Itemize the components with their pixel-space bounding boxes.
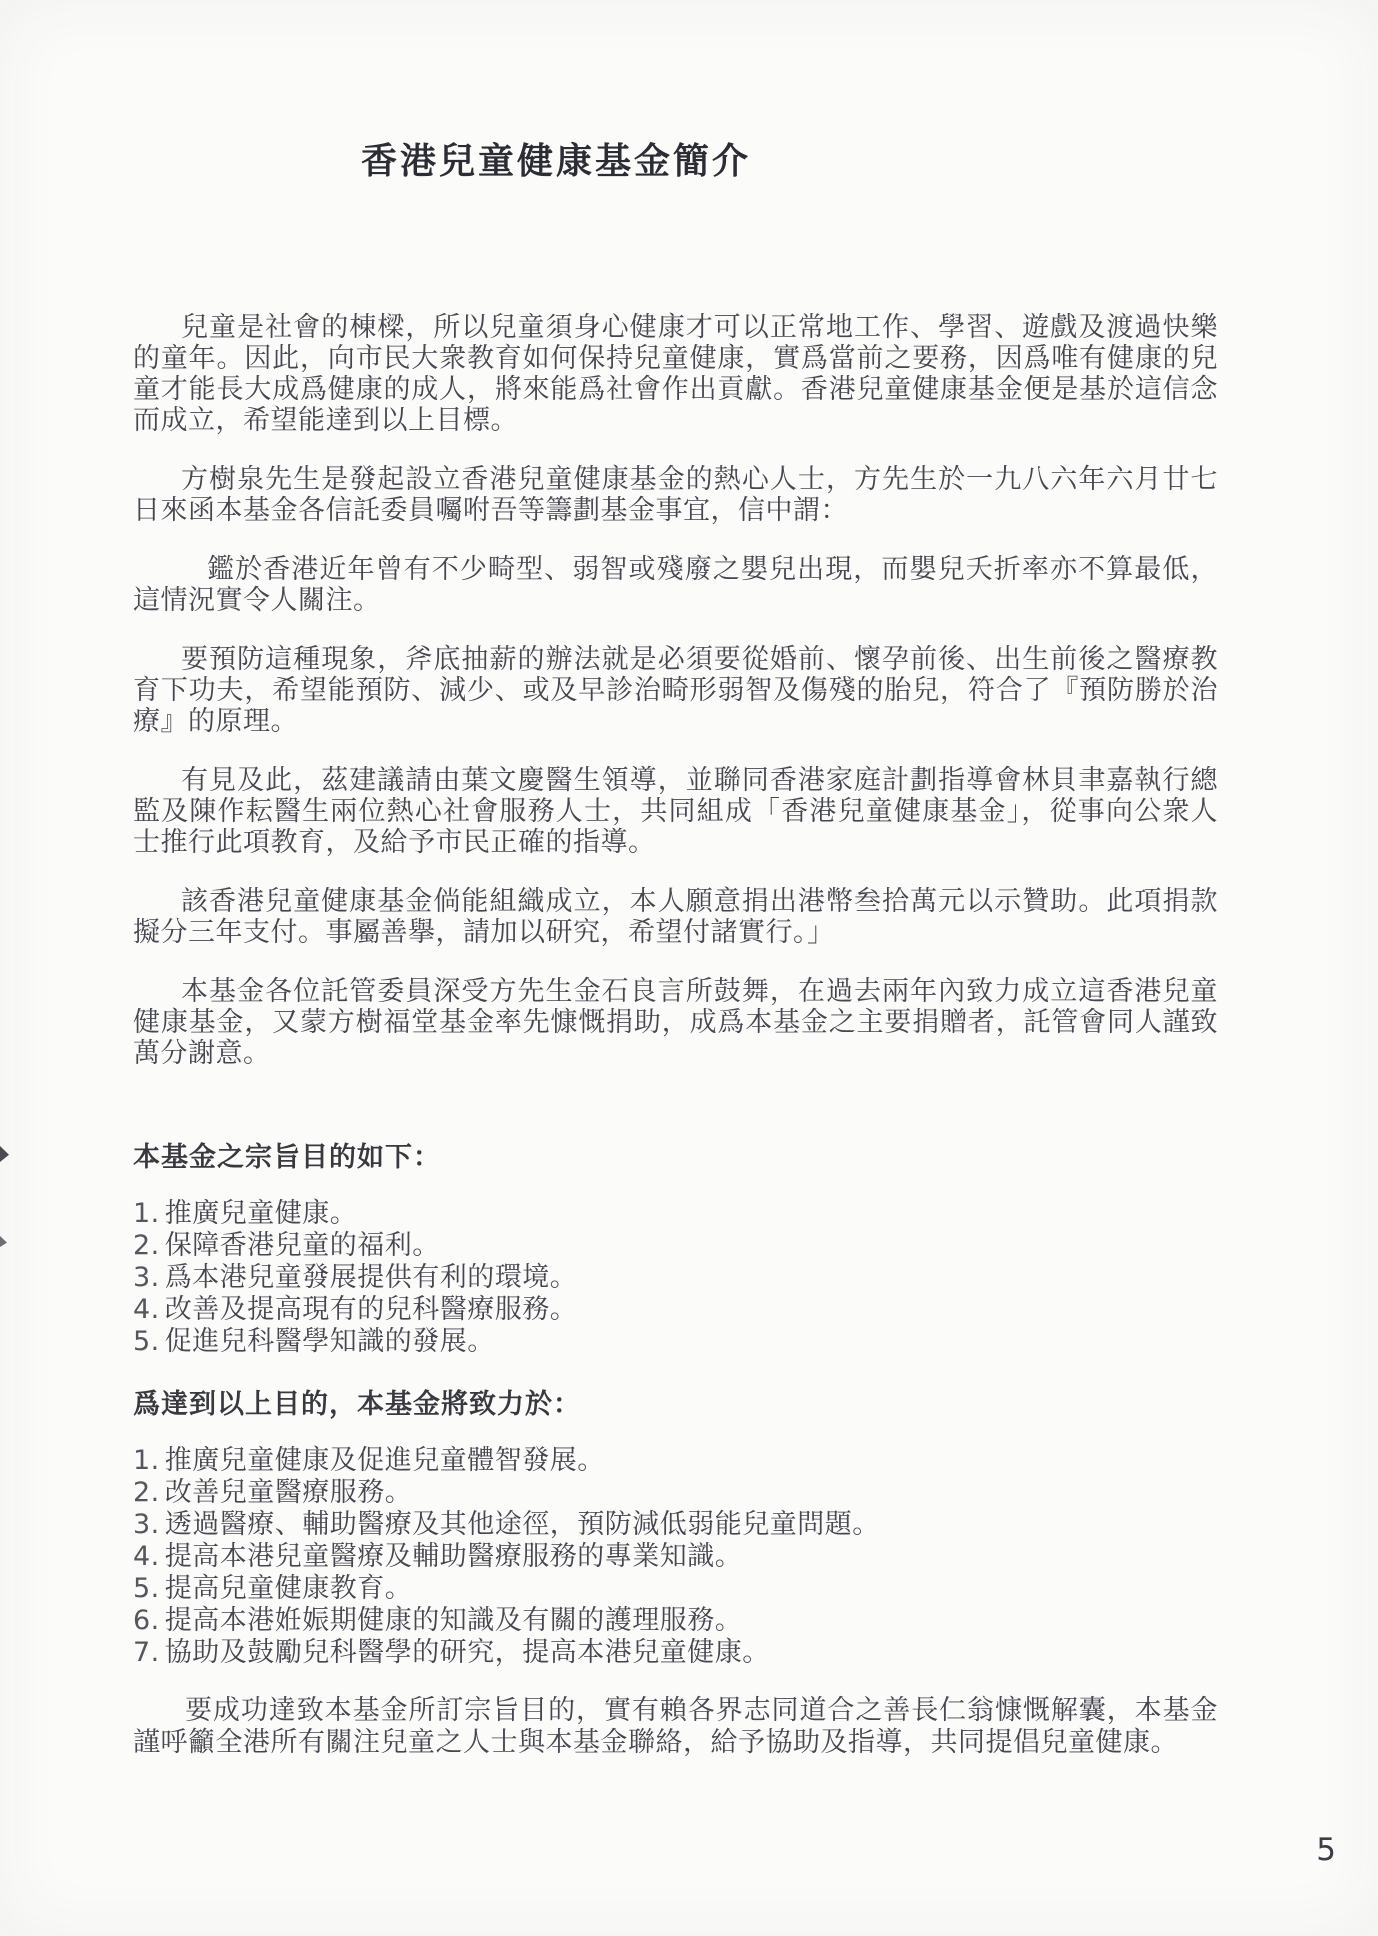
item-text: 改善及提高現有的兒科醫療服務。 <box>165 1294 578 1325</box>
item-number: 6. <box>133 1605 160 1637</box>
scanned-document-page: 香港兒童健康基金簡介 兒童是社會的棟樑，所以兒童須身心健康才可以正常地工作、學習… <box>0 0 1378 1936</box>
objectives-list: 1.推廣兒童健康。 2.保障香港兒童的福利。 3.爲本港兒童發展提供有利的環境。… <box>133 1198 1218 1358</box>
paragraph: 方樹泉先生是發起設立香港兒童健康基金的熱心人士，方先生於一九八六年六月廿七日來函… <box>133 464 1218 526</box>
item-text: 改善兒童醫療服務。 <box>165 1477 413 1508</box>
list-item: 1.推廣兒童健康及促進兒童體智發展。 <box>133 1445 1218 1477</box>
paragraph: 該香港兒童健康基金倘能組織成立，本人願意捐出港幣叁拾萬元以示贊助。此項捐款擬分三… <box>133 886 1218 948</box>
paragraph: 要預防這種現象，斧底抽薪的辦法就是必須要從婚前、懷孕前後、出生前後之醫療教育下功… <box>133 644 1218 737</box>
item-text: 推廣兒童健康及促進兒童體智發展。 <box>165 1445 605 1476</box>
item-number: 1. <box>133 1445 160 1477</box>
paragraph: 本基金各位託管委員深受方先生金石良言所鼓舞，在過去兩年內致力成立這香港兒童健康基… <box>133 976 1218 1069</box>
list-item: 1.推廣兒童健康。 <box>133 1198 1218 1230</box>
scan-artifact <box>0 1146 9 1162</box>
list-item: 7.協助及鼓勵兒科醫學的研究，提高本港兒童健康。 <box>133 1637 1218 1669</box>
list-item: 4.提高本港兒童醫療及輔助醫療服務的專業知識。 <box>133 1541 1218 1573</box>
item-text: 促進兒科醫學知識的發展。 <box>165 1326 495 1357</box>
item-number: 5. <box>133 1573 160 1605</box>
list-item: 6.提高本港姙娠期健康的知識及有關的護理服務。 <box>133 1605 1218 1637</box>
list-item: 3.透過醫療、輔助醫療及其他途徑，預防減低弱能兒童問題。 <box>133 1509 1218 1541</box>
list-item: 4.改善及提高現有的兒科醫療服務。 <box>133 1294 1218 1326</box>
item-text: 提高本港兒童醫療及輔助醫療服務的專業知識。 <box>165 1541 743 1572</box>
item-number: 3. <box>133 1509 160 1541</box>
quoted-paragraph: 鑑於香港近年曾有不少畸型、弱智或殘廢之嬰兒出現，而嬰兒夭折率亦不算最低，這情況實… <box>133 554 1218 616</box>
page-number: 5 <box>1316 1832 1336 1868</box>
item-number: 7. <box>133 1637 160 1669</box>
item-text: 提高兒童健康教育。 <box>165 1573 413 1604</box>
commitments-heading: 爲達到以上目的，本基金將致力於： <box>133 1382 1218 1421</box>
item-number: 2. <box>133 1477 160 1509</box>
item-text: 爲本港兒童發展提供有利的環境。 <box>165 1262 578 1293</box>
commitments-list: 1.推廣兒童健康及促進兒童體智發展。 2.改善兒童醫療服務。 3.透過醫療、輔助… <box>133 1445 1218 1669</box>
item-number: 1. <box>133 1198 160 1230</box>
item-number: 3. <box>133 1262 160 1294</box>
list-item: 2.改善兒童醫療服務。 <box>133 1477 1218 1509</box>
document-body: 兒童是社會的棟樑，所以兒童須身心健康才可以正常地工作、學習、遊戲及渡過快樂的童年… <box>133 312 1218 1069</box>
item-text: 協助及鼓勵兒科醫學的研究，提高本港兒童健康。 <box>165 1637 770 1668</box>
item-text: 推廣兒童健康。 <box>165 1198 358 1229</box>
list-item: 5.促進兒科醫學知識的發展。 <box>133 1326 1218 1358</box>
item-number: 4. <box>133 1294 160 1326</box>
item-text: 保障香港兒童的福利。 <box>165 1230 440 1261</box>
list-item: 5.提高兒童健康教育。 <box>133 1573 1218 1605</box>
page-title: 香港兒童健康基金簡介 <box>361 140 751 184</box>
item-number: 2. <box>133 1230 160 1262</box>
paragraph: 兒童是社會的棟樑，所以兒童須身心健康才可以正常地工作、學習、遊戲及渡過快樂的童年… <box>133 312 1218 436</box>
scan-artifact <box>0 1236 7 1247</box>
objectives-heading: 本基金之宗旨目的如下： <box>133 1135 1218 1174</box>
item-text: 透過醫療、輔助醫療及其他途徑，預防減低弱能兒童問題。 <box>165 1509 880 1540</box>
paragraph: 有見及此，茲建議請由葉文慶醫生領導，並聯同香港家庭計劃指導會林貝聿嘉執行總監及陳… <box>133 765 1218 858</box>
item-text: 提高本港姙娠期健康的知識及有關的護理服務。 <box>165 1605 743 1636</box>
closing-paragraph-container: 要成功達致本基金所訂宗旨目的，實有賴各界志同道合之善長仁翁慷慨解囊，本基金謹呼籲… <box>133 1695 1218 1759</box>
item-number: 5. <box>133 1326 160 1358</box>
closing-paragraph: 要成功達致本基金所訂宗旨目的，實有賴各界志同道合之善長仁翁慷慨解囊，本基金謹呼籲… <box>133 1695 1218 1759</box>
item-number: 4. <box>133 1541 160 1573</box>
list-item: 3.爲本港兒童發展提供有利的環境。 <box>133 1262 1218 1294</box>
list-item: 2.保障香港兒童的福利。 <box>133 1230 1218 1262</box>
